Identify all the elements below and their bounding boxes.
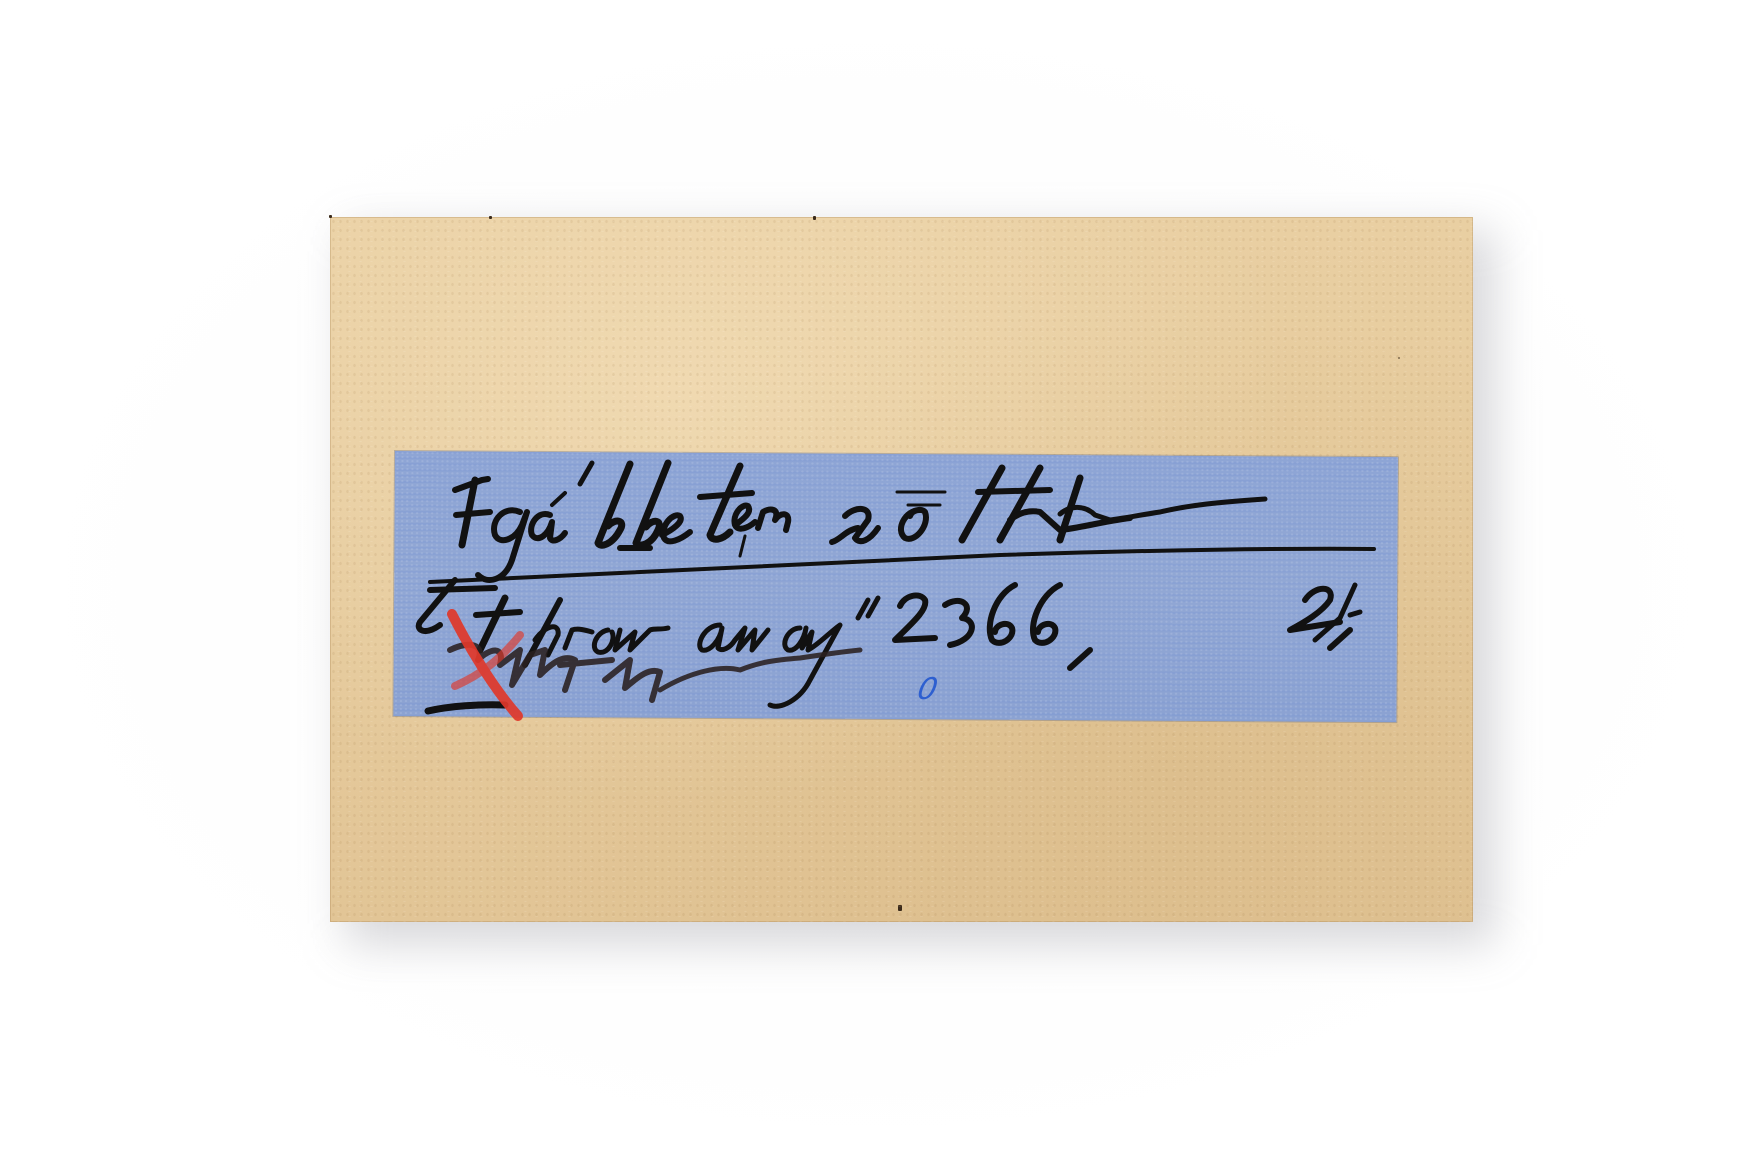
photo-stage: 0 Fgá'bbe tẹn xō thu Throw away "2366,2;… xyxy=(0,0,1755,1170)
red-x-mark xyxy=(452,614,520,716)
handwriting-ink xyxy=(0,0,1755,1170)
handwriting-scrawl xyxy=(450,645,860,700)
rule-line xyxy=(430,549,1374,582)
handwriting-line-2 xyxy=(419,580,1360,706)
underline-stroke xyxy=(428,705,505,711)
